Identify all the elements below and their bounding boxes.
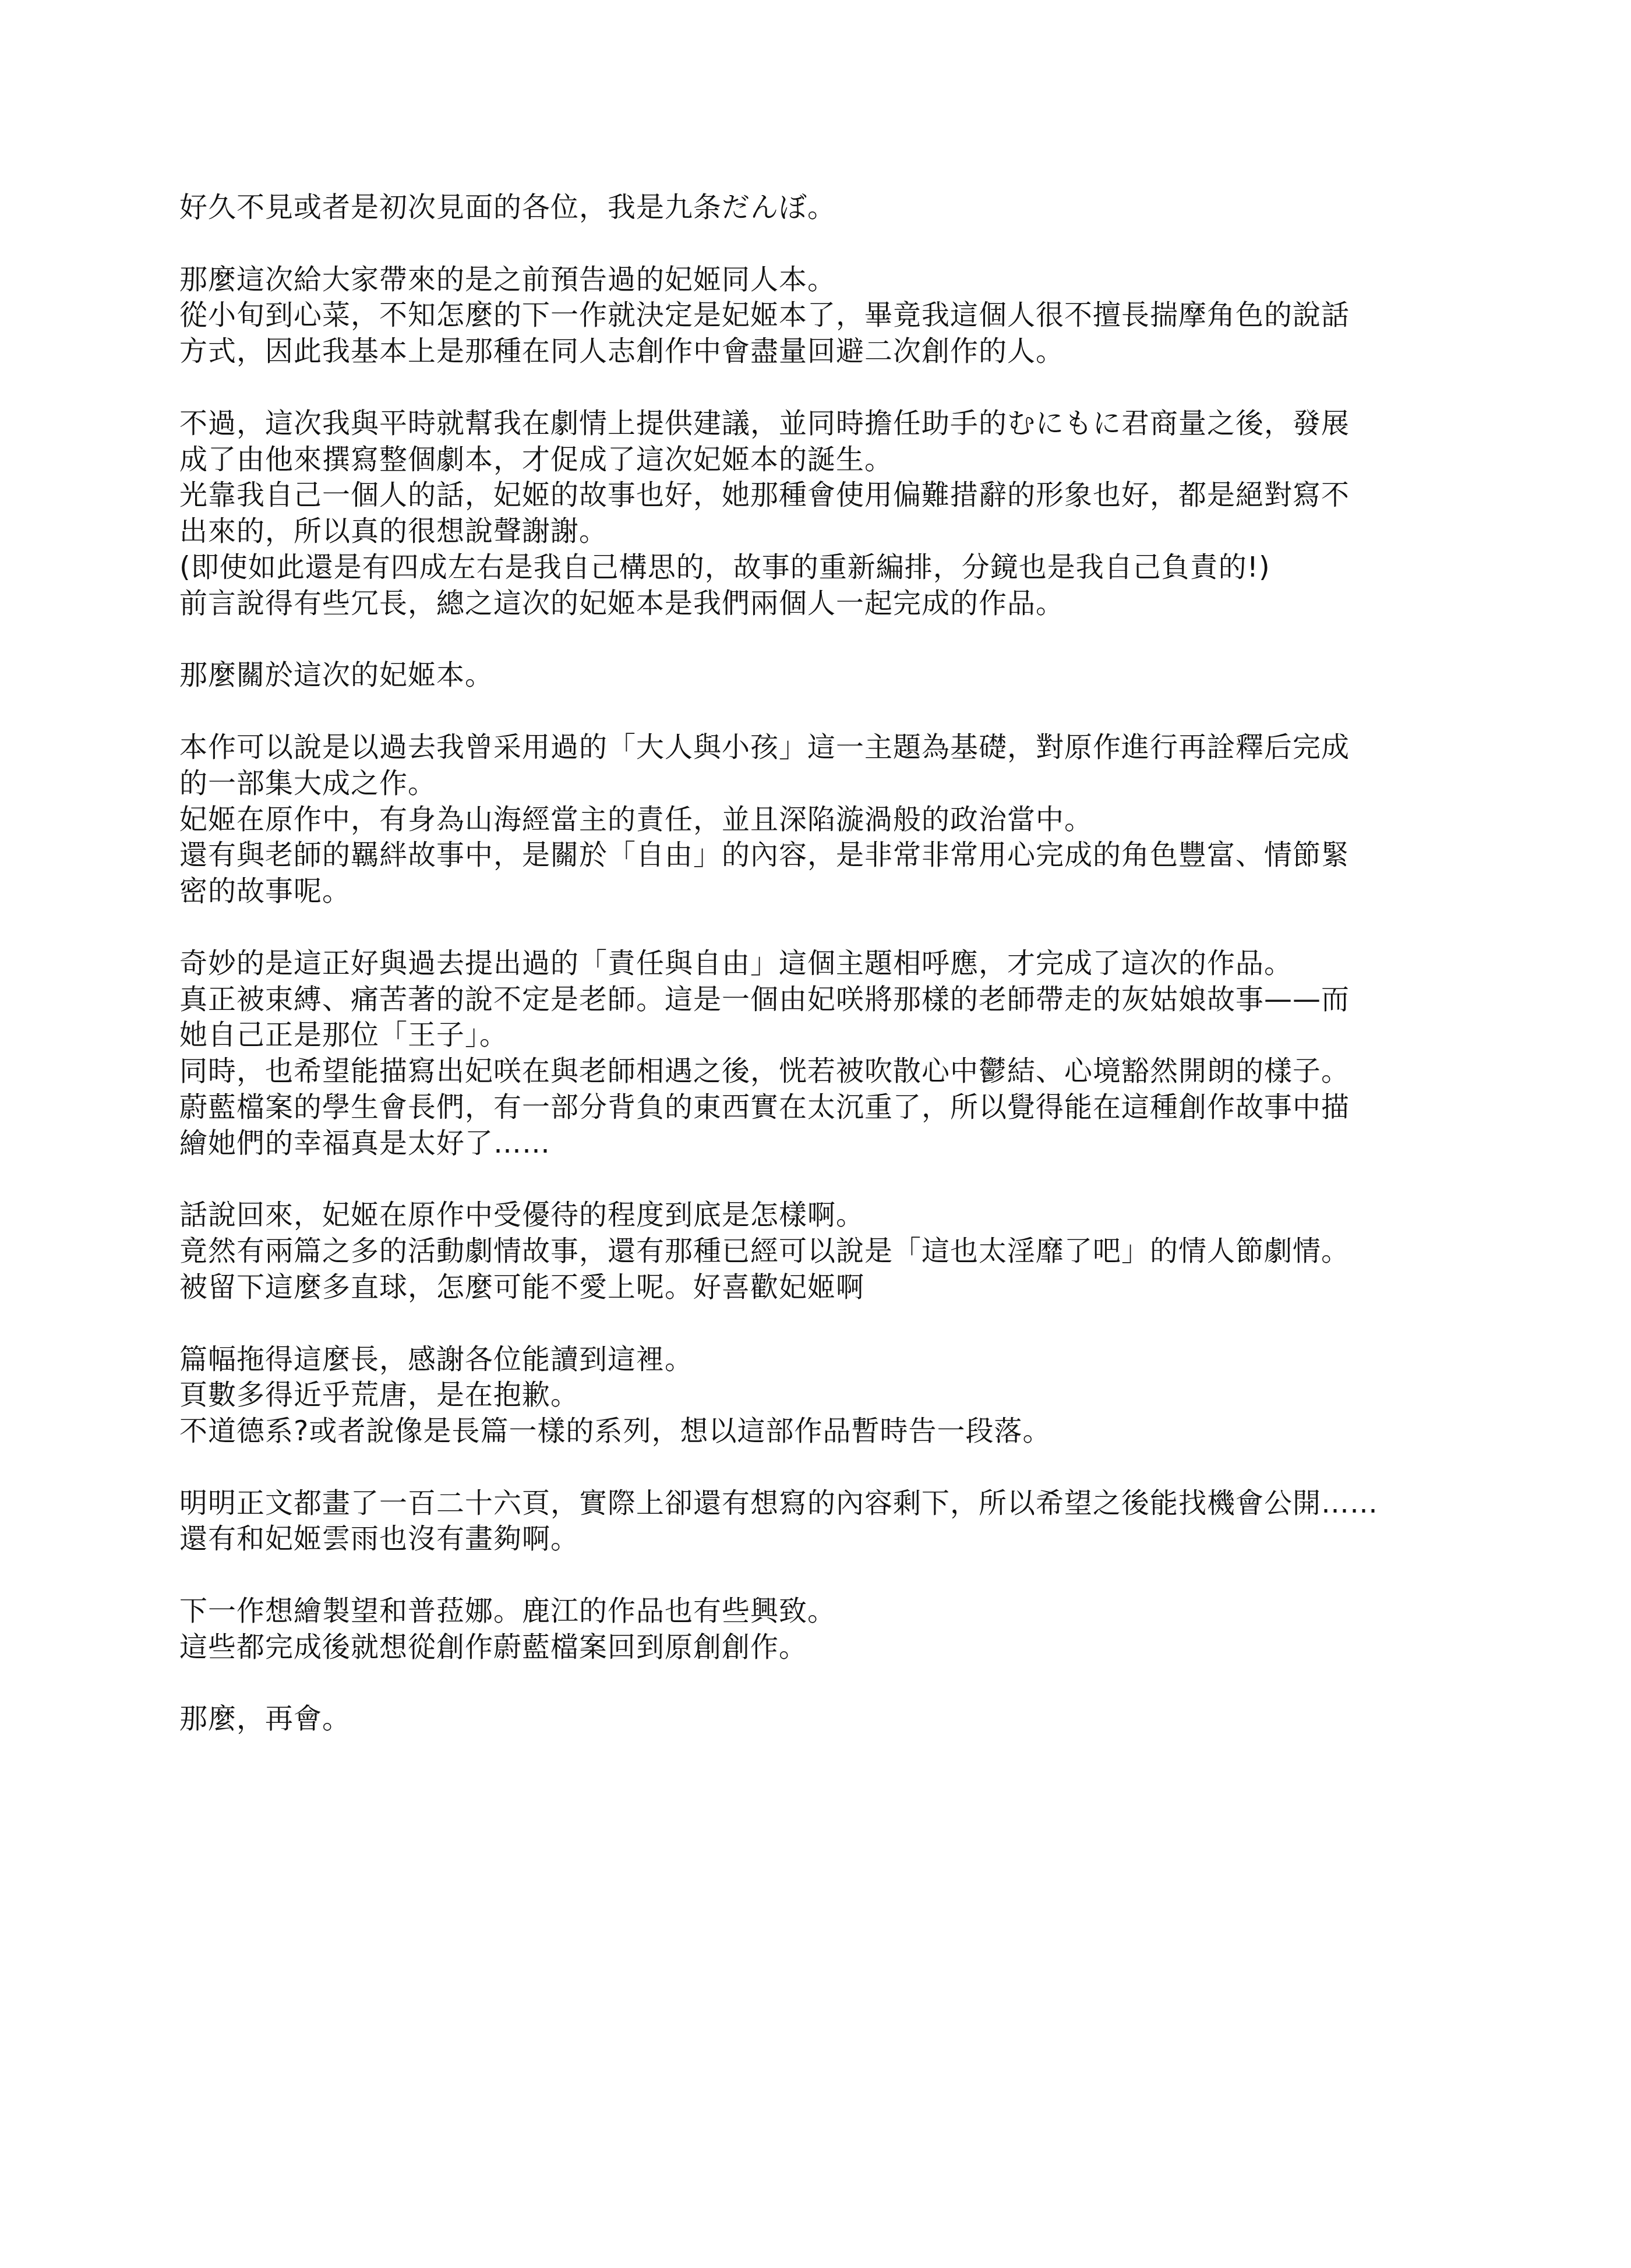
paragraph-next-work: 下一作想繪製望和普菈娜。鹿江的作品也有些興致。 這些都完成後就想從創作蔚藍檔案回… <box>179 1594 1426 1666</box>
paragraph-greeting: 好久不見或者是初次見面的各位，我是九条だんぼ。 <box>179 190 1426 226</box>
text-line: 下一作想繪製望和普菈娜。鹿江的作品也有些興致。 <box>179 1594 1426 1630</box>
text-line: 還有和妃姬雲雨也沒有畫夠啊。 <box>179 1521 1426 1557</box>
text-line: 蔚藍檔案的學生會長們，有一部分背負的東西實在太沉重了，所以覺得能在這種創作故事中… <box>179 1090 1426 1126</box>
paragraph-about-book: 那麼關於這次的妃姬本。 <box>179 658 1426 694</box>
text-line: 同時，也希望能描寫出妃咲在與老師相遇之後，恍若被吹散心中鬱結、心境豁然開朗的樣子… <box>179 1054 1426 1090</box>
text-line: 繪她們的幸福真是太好了…… <box>179 1126 1426 1162</box>
text-line: 這些都完成後就想從創作蔚藍檔案回到原創創作。 <box>179 1630 1426 1666</box>
text-line: 頁數多得近乎荒唐，是在抱歉。 <box>179 1377 1426 1414</box>
text-line: (即使如此還是有四成左右是我自己構思的，故事的重新編排，分鏡也是我自己負責的!) <box>179 550 1426 586</box>
text-line: 從小旬到心菜，不知怎麼的下一作就決定是妃姬本了，畢竟我這個人很不擅長揣摩角色的說… <box>179 298 1426 334</box>
paragraph-responsibility-freedom: 奇妙的是這正好與過去提出過的「責任與自由」這個主題相呼應，才完成了這次的作品。 … <box>179 946 1426 1162</box>
text-line: 不過，這次我與平時就幫我在劇情上提供建議，並同時擔任助手的むにもに君商量之後，發… <box>179 406 1426 442</box>
paragraph-introduction: 那麼這次給大家帶來的是之前預告過的妃姬同人本。 從小旬到心菜，不知怎麼的下一作就… <box>179 262 1426 370</box>
paragraph-page-count: 明明正文都畫了一百二十六頁，實際上卻還有想寫的內容剩下，所以希望之後能找機會公開… <box>179 1486 1426 1558</box>
text-line: 那麼，再會。 <box>179 1701 1426 1737</box>
text-line: 光靠我自己一個人的話，妃姬的故事也好，她那種會使用偏難措辭的形象也好，都是絕對寫… <box>179 478 1426 514</box>
text-line: 竟然有兩篇之多的活動劇情故事，還有那種已經可以說是「這也太淫靡了吧」的情人節劇情… <box>179 1234 1426 1270</box>
text-line: 方式，因此我基本上是那種在同人志創作中會盡量回避二次創作的人。 <box>179 334 1426 370</box>
text-line: 真正被束縛、痛苦著的說不定是老師。這是一個由妃咲將那樣的老師帶走的灰姑娘故事——… <box>179 982 1426 1018</box>
text-line: 出來的，所以真的很想說聲謝謝。 <box>179 514 1426 550</box>
text-line: 被留下這麼多直球，怎麼可能不愛上呢。好喜歡妃姬啊 <box>179 1270 1426 1306</box>
afterword-document: 好久不見或者是初次見面的各位，我是九条だんぼ。 那麼這次給大家帶來的是之前預告過… <box>179 190 1426 1774</box>
paragraph-farewell: 那麼，再會。 <box>179 1701 1426 1737</box>
text-line: 明明正文都畫了一百二十六頁，實際上卻還有想寫的內容剩下，所以希望之後能找機會公開… <box>179 1486 1426 1522</box>
paragraph-original-work: 話說回來，妃姬在原作中受優待的程度到底是怎樣啊。 竟然有兩篇之多的活動劇情故事，… <box>179 1197 1426 1305</box>
text-line: 那麼這次給大家帶來的是之前預告過的妃姬同人本。 <box>179 262 1426 298</box>
text-line: 話說回來，妃姬在原作中受優待的程度到底是怎樣啊。 <box>179 1197 1426 1234</box>
text-line: 好久不見或者是初次見面的各位，我是九条だんぼ。 <box>179 190 1426 226</box>
text-line: 不道德系?或者說像是長篇一樣的系列，想以這部作品暫時告一段落。 <box>179 1414 1426 1450</box>
text-line: 密的故事呢。 <box>179 874 1426 910</box>
text-line: 本作可以說是以過去我曾采用過的「大人與小孩」這一主題為基礎，對原作進行再詮釋后完… <box>179 730 1426 766</box>
paragraph-thanks: 篇幅拖得這麼長，感謝各位能讀到這裡。 頁數多得近乎荒唐，是在抱歉。 不道德系?或… <box>179 1342 1426 1450</box>
text-line: 還有與老師的羈絆故事中，是關於「自由」的內容，是非常非常用心完成的角色豐富、情節… <box>179 838 1426 874</box>
text-line: 篇幅拖得這麼長，感謝各位能讀到這裡。 <box>179 1342 1426 1378</box>
text-line: 妃姬在原作中，有身為山海經當主的責任，並且深陷漩渦般的政治當中。 <box>179 802 1426 838</box>
paragraph-theme: 本作可以說是以過去我曾采用過的「大人與小孩」這一主題為基礎，對原作進行再詮釋后完… <box>179 730 1426 910</box>
text-line: 她自己正是那位「王子」。 <box>179 1018 1426 1054</box>
text-line: 那麼關於這次的妃姬本。 <box>179 658 1426 694</box>
text-line: 前言說得有些冗長，總之這次的妃姬本是我們兩個人一起完成的作品。 <box>179 586 1426 622</box>
text-line: 的一部集大成之作。 <box>179 766 1426 802</box>
text-line: 奇妙的是這正好與過去提出過的「責任與自由」這個主題相呼應，才完成了這次的作品。 <box>179 946 1426 982</box>
paragraph-collaboration: 不過，這次我與平時就幫我在劇情上提供建議，並同時擔任助手的むにもに君商量之後，發… <box>179 406 1426 622</box>
text-line: 成了由他來撰寫整個劇本，才促成了這次妃姬本的誕生。 <box>179 442 1426 478</box>
